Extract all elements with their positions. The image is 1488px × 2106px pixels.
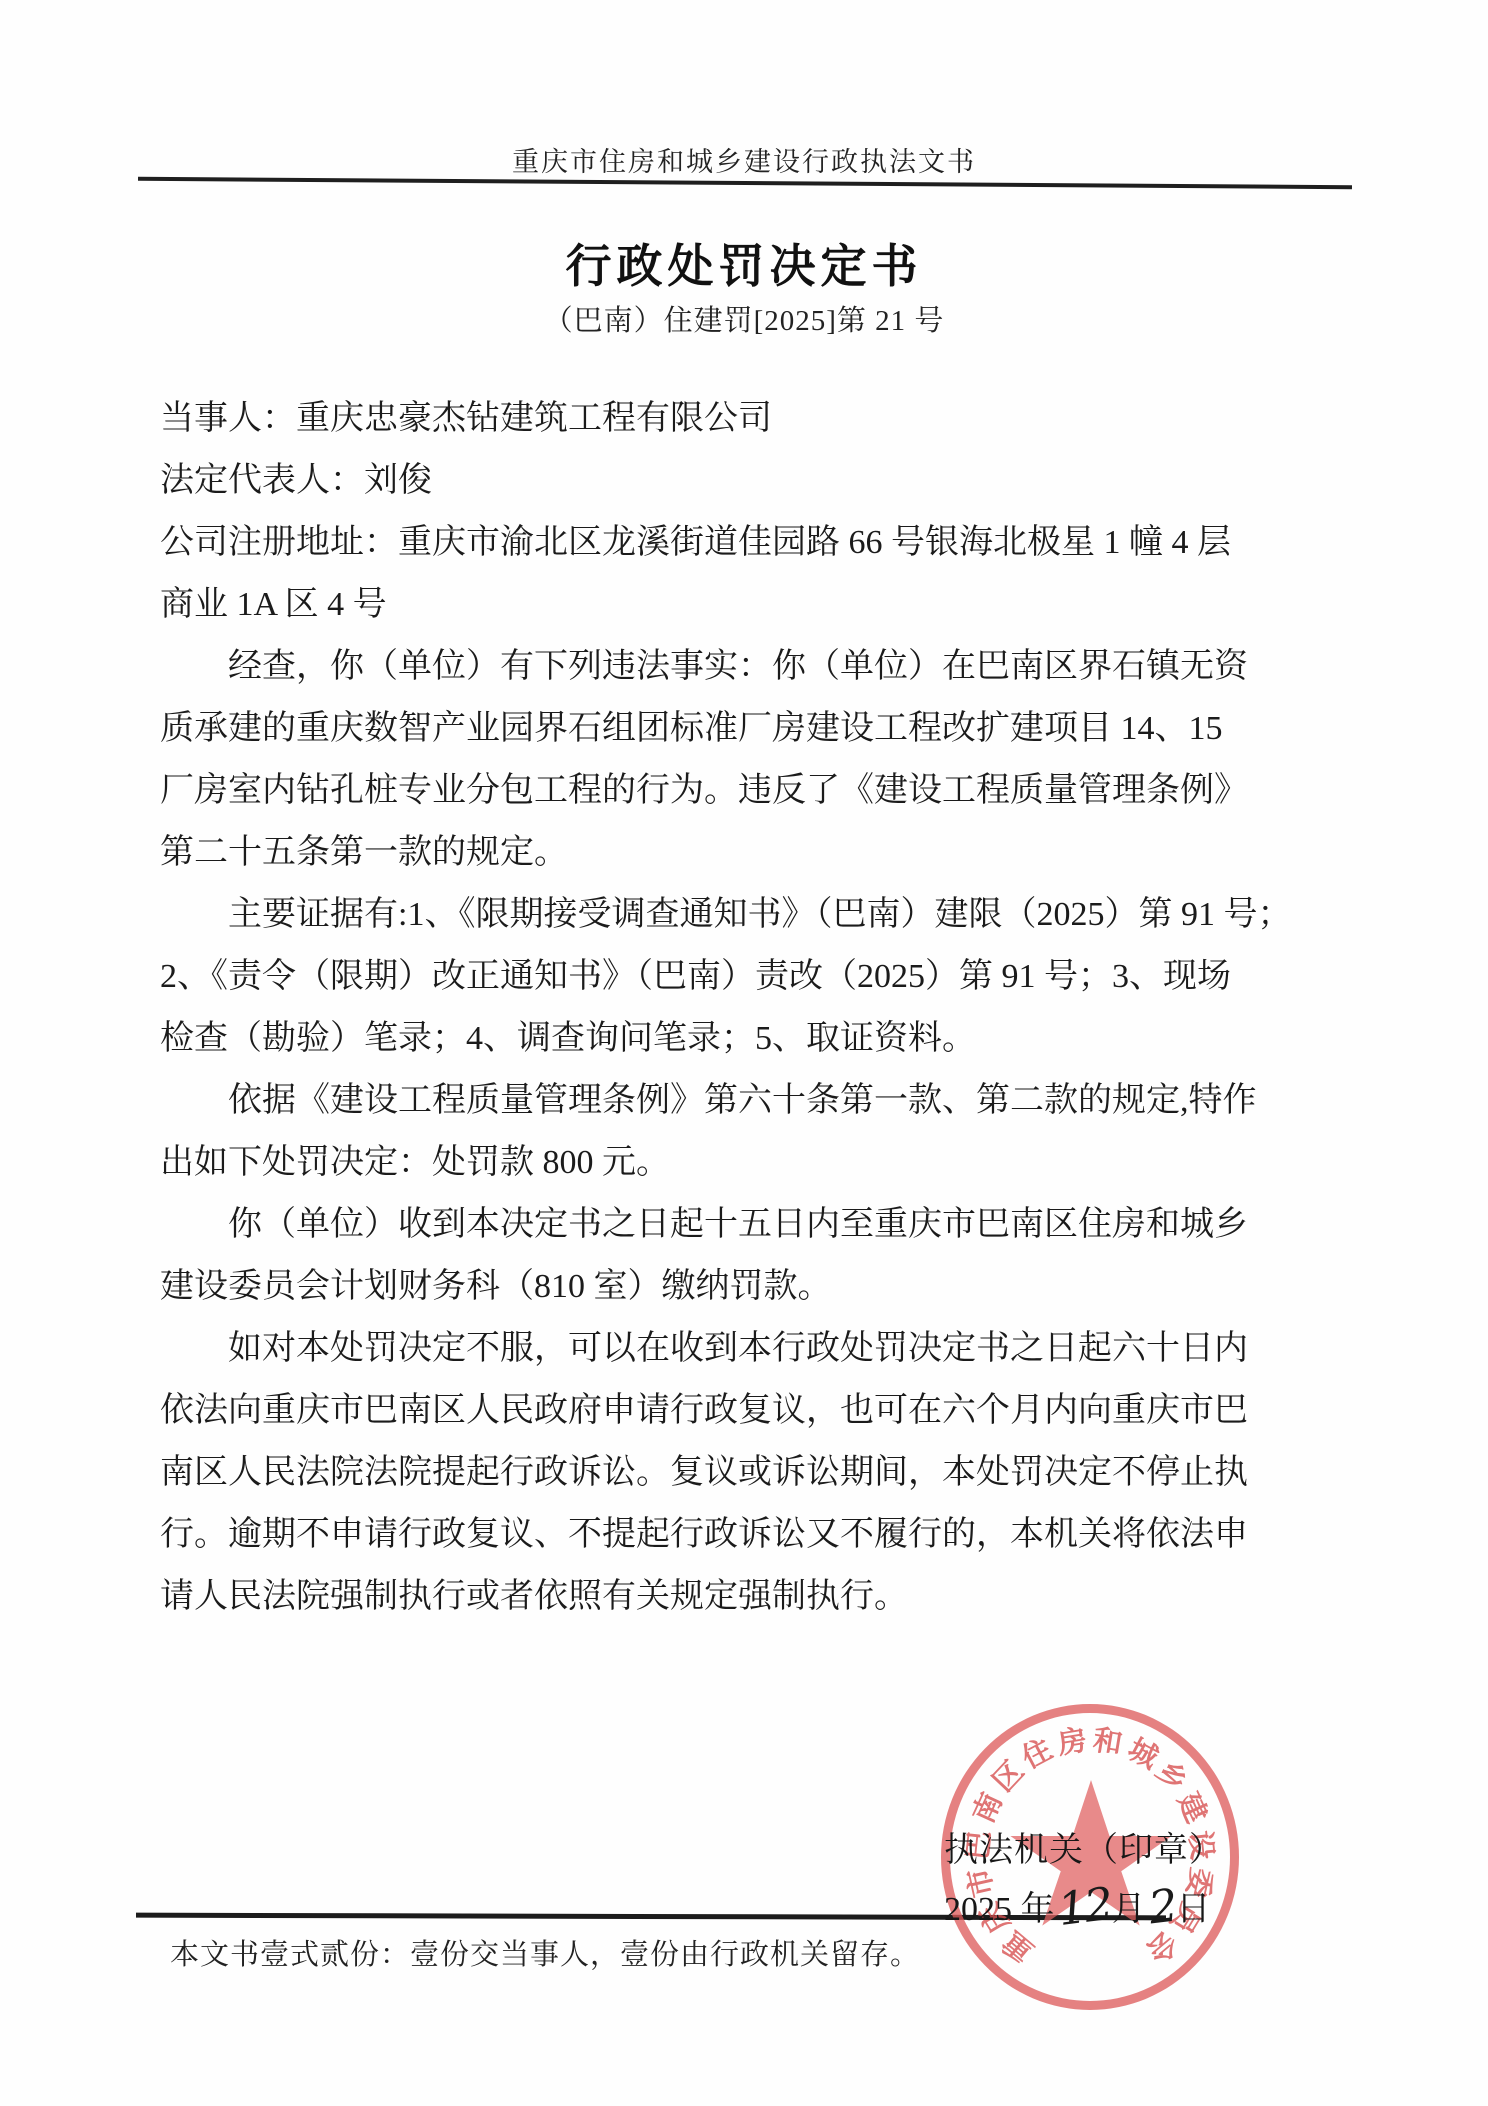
doc-number: （巴南）住建罚[2025]第 21 号 — [0, 298, 1488, 339]
body-line: 依法向重庆市巴南区人民政府申请行政复议，也可在六个月内向重庆市巴 — [160, 1380, 1250, 1442]
body-line: 出如下处罚决定：处罚款 800 元。 — [160, 1132, 1250, 1194]
body-line: 质承建的重庆数智产业园界石组团标准厂房建设工程改扩建项目 14、15 — [160, 698, 1250, 760]
page-title: 行政处罚决定书 — [0, 230, 1488, 296]
body-line: 建设委员会计划财务科（810 室）缴纳罚款。 — [160, 1256, 1250, 1318]
date-day-unit: 日 — [1176, 1891, 1210, 1928]
handwritten-day: 2 — [1146, 1879, 1179, 1935]
body-line: 检查（勘验）笔录；4、调查询问笔录；5、取证资料。 — [160, 1008, 1250, 1070]
body-line: 你（单位）收到本决定书之日起十五日内至重庆市巴南区住房和城乡 — [160, 1194, 1250, 1256]
date-year-part: 2025 年 — [944, 1891, 1055, 1928]
body-line: 当事人：重庆忠豪杰钻建筑工程有限公司 — [160, 388, 1250, 450]
date-month-unit: 月 — [1112, 1891, 1146, 1928]
body-line: 2、《责令（限期）改正通知书》（巴南）责改（2025）第 91 号；3、现场 — [160, 946, 1250, 1008]
document-body: 当事人：重庆忠豪杰钻建筑工程有限公司法定代表人：刘俊公司注册地址：重庆市渝北区龙… — [160, 388, 1250, 1628]
body-line: 请人民法院强制执行或者依照有关规定强制执行。 — [160, 1566, 1250, 1628]
body-line: 南区人民法院法院提起行政诉讼。复议或诉讼期间，本处罚决定不停止执 — [160, 1442, 1250, 1504]
body-line: 主要证据有:1、《限期接受调查通知书》（巴南）建限（2025）第 91 号； — [160, 884, 1250, 946]
body-line: 厂房室内钻孔桩专业分包工程的行为。违反了《建设工程质量管理条例》 — [160, 760, 1250, 822]
signature-authority-label: 执法机关（印章） — [944, 1832, 1224, 1869]
doc-header-label: 重庆市住房和城乡建设行政执法文书 — [0, 140, 1488, 179]
body-line: 行。逾期不申请行政复议、不提起行政诉讼又不履行的，本机关将依法申 — [160, 1504, 1250, 1566]
seal-ring-char: 房 — [1054, 1717, 1089, 1762]
body-line: 法定代表人：刘俊 — [160, 450, 1250, 512]
body-line: 商业 1A 区 4 号 — [160, 574, 1250, 636]
document-page: 重庆市住房和城乡建设行政执法文书 行政处罚决定书 （巴南）住建罚[2025]第 … — [0, 0, 1488, 2106]
handwritten-month: 12 — [1054, 1877, 1113, 1936]
footer-note: 本文书壹式贰份：壹份交当事人，壹份由行政机关留存。 — [170, 1932, 920, 1973]
body-line: 依据《建设工程质量管理条例》第六十条第一款、第二款的规定,特作 — [160, 1070, 1250, 1132]
signature-authority: 执法机关（印章） — [944, 1822, 1224, 1871]
body-line: 公司注册地址：重庆市渝北区龙溪街道佳园路 66 号银海北极星 1 幢 4 层 — [160, 512, 1250, 574]
body-line: 第二十五条第一款的规定。 — [160, 822, 1250, 884]
signature-date: 2025 年12月2日 — [944, 1878, 1210, 1931]
body-line: 如对本处罚决定不服，可以在收到本行政处罚决定书之日起六十日内 — [160, 1318, 1250, 1380]
body-line: 经查，你（单位）有下列违法事实：你（单位）在巴南区界石镇无资 — [160, 636, 1250, 698]
